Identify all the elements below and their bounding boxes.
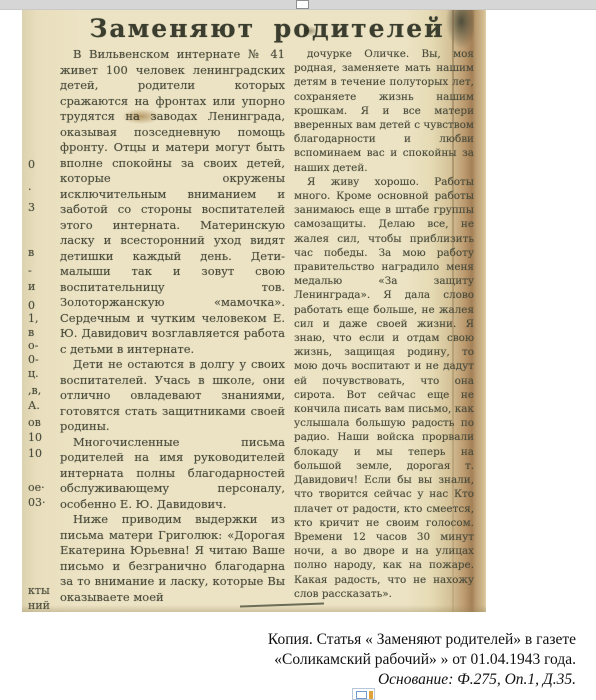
torn-edge-fragment: 0-: [28, 353, 39, 366]
torn-edge-fragment: в: [28, 326, 34, 339]
document-caption: Копия. Статья « Заменяют родителей» в га…: [176, 630, 576, 690]
torn-edge-fragment: ое·: [28, 481, 45, 494]
torn-edge-fragment: 10: [28, 431, 42, 444]
article-paragraph: Я живу хорошо. Работы много. Кроме основ…: [294, 175, 474, 601]
article-paragraph: дочурке Оличке. Вы, моя родная, заменяет…: [294, 47, 474, 175]
torn-edge-fragments: 0.3в-и01,во-0-ц.,в,А.ов1010ое·03·ктыний: [22, 10, 42, 612]
torn-edge-fragment: ов: [28, 416, 41, 429]
embedded-object-icon[interactable]: [352, 688, 375, 700]
article-paragraph: Многочисленные письма родителей на имя р…: [60, 435, 285, 513]
torn-edge-fragment: ,в,: [28, 384, 41, 397]
torn-edge-fragment: -: [28, 264, 32, 277]
newspaper-article: Заменяют родителей В Вильвенском интерна…: [60, 14, 474, 605]
torn-edge-fragment: и: [28, 280, 35, 293]
picture-placeholder-bar: [369, 691, 373, 699]
torn-edge-fragment: 3: [28, 201, 35, 214]
caption-line-3: Основание: Ф.275, Оп.1, Д.35.: [176, 670, 576, 690]
article-paragraph: Ниже приводим выдержки из письма матери …: [60, 512, 285, 605]
newspaper-scan-image[interactable]: 0.3в-и01,во-0-ц.,в,А.ов1010ое·03·ктыний …: [22, 10, 486, 612]
article-columns: В Вильвенском интернате № 41 живет 100 ч…: [60, 47, 474, 605]
torn-edge-fragment: .: [28, 180, 32, 193]
torn-edge-fragment: 0: [28, 158, 35, 171]
torn-edge-fragment: ний: [28, 599, 50, 612]
torn-edge-fragment: 1,: [28, 312, 39, 325]
article-title: Заменяют родителей: [60, 14, 474, 43]
torn-edge-fragment: в: [28, 246, 34, 259]
article-paragraph: В Вильвенском интернате № 41 живет 100 ч…: [60, 47, 285, 357]
image-resize-handle[interactable]: [296, 0, 309, 9]
torn-edge-fragment: о-: [28, 339, 38, 352]
picture-placeholder-icon: [356, 691, 367, 699]
caption-line-1: Копия. Статья « Заменяют родителей» в га…: [176, 630, 576, 650]
caption-line-2: «Соликамский рабочий» » от 01.04.1943 го…: [176, 650, 576, 670]
article-paragraph: Дети не остаются в долгу у своих воспита…: [60, 357, 285, 435]
torn-edge-fragment: 03·: [28, 496, 46, 509]
article-column-left: В Вильвенском интернате № 41 живет 100 ч…: [60, 47, 285, 605]
torn-edge-fragment: ц.: [28, 367, 39, 380]
torn-edge-fragment: кты: [28, 584, 50, 597]
article-column-right: дочурке Оличке. Вы, моя родная, заменяет…: [294, 47, 474, 605]
torn-edge-fragment: 10: [28, 447, 42, 460]
torn-edge-fragment: 0: [28, 299, 35, 312]
torn-edge-fragment: А.: [28, 399, 40, 412]
